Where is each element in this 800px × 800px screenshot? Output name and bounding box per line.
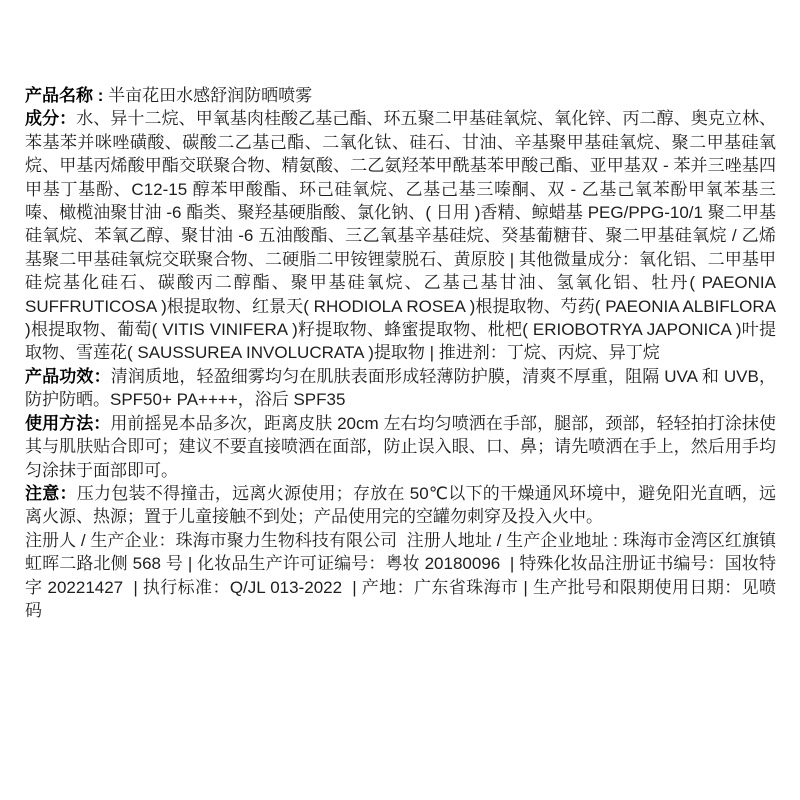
section-usage: 使用方法：用前摇晃本品多次，距离皮肤 20cm 左右均匀喷洒在手部，腿部，颈部，… — [25, 412, 776, 482]
caution-text: 压力包装不得撞击，远离火源使用；存放在 50℃以下的干燥通风环境中，避免阳光直晒… — [25, 484, 776, 526]
section-product-name: 产品名称 : 半亩花田水感舒润防晒喷雾 — [25, 84, 776, 107]
section-efficacy: 产品功效：清润质地，轻盈细雾均匀在肌肤表面形成轻薄防护膜，清爽不厚重，阻隔 UV… — [25, 365, 776, 412]
usage-text: 用前摇晃本品多次，距离皮肤 20cm 左右均匀喷洒在手部，腿部，颈部，轻轻拍打涂… — [25, 414, 776, 480]
product-label-sheet: 产品名称 : 半亩花田水感舒润防晒喷雾 成分：水、异十二烷、甲氧基肉桂酸乙基己酯… — [0, 0, 800, 800]
efficacy-label: 产品功效： — [25, 367, 111, 386]
product-name-value: 半亩花田水感舒润防晒喷雾 — [108, 86, 312, 105]
efficacy-text: 清润质地，轻盈细雾均匀在肌肤表面形成轻薄防护膜，清爽不厚重，阻隔 UVA 和 U… — [25, 367, 776, 409]
section-registration: 注册人 / 生产企业：珠海市聚力生物科技有限公司 注册人地址 / 生产企业地址 … — [25, 529, 776, 623]
registration-text: 注册人 / 生产企业：珠海市聚力生物科技有限公司 注册人地址 / 生产企业地址 … — [25, 531, 776, 620]
section-ingredients: 成分：水、异十二烷、甲氧基肉桂酸乙基己酯、环五聚二甲基硅氧烷、氧化锌、丙二醇、奥… — [25, 107, 776, 364]
product-name-label: 产品名称 : — [25, 86, 108, 105]
caution-label: 注意： — [25, 484, 77, 503]
ingredients-label: 成分： — [25, 109, 76, 128]
section-caution: 注意：压力包装不得撞击，远离火源使用；存放在 50℃以下的干燥通风环境中，避免阳… — [25, 482, 776, 529]
ingredients-text: 水、异十二烷、甲氧基肉桂酸乙基己酯、环五聚二甲基硅氧烷、氧化锌、丙二醇、奥克立林… — [25, 109, 781, 362]
usage-label: 使用方法： — [25, 414, 110, 433]
